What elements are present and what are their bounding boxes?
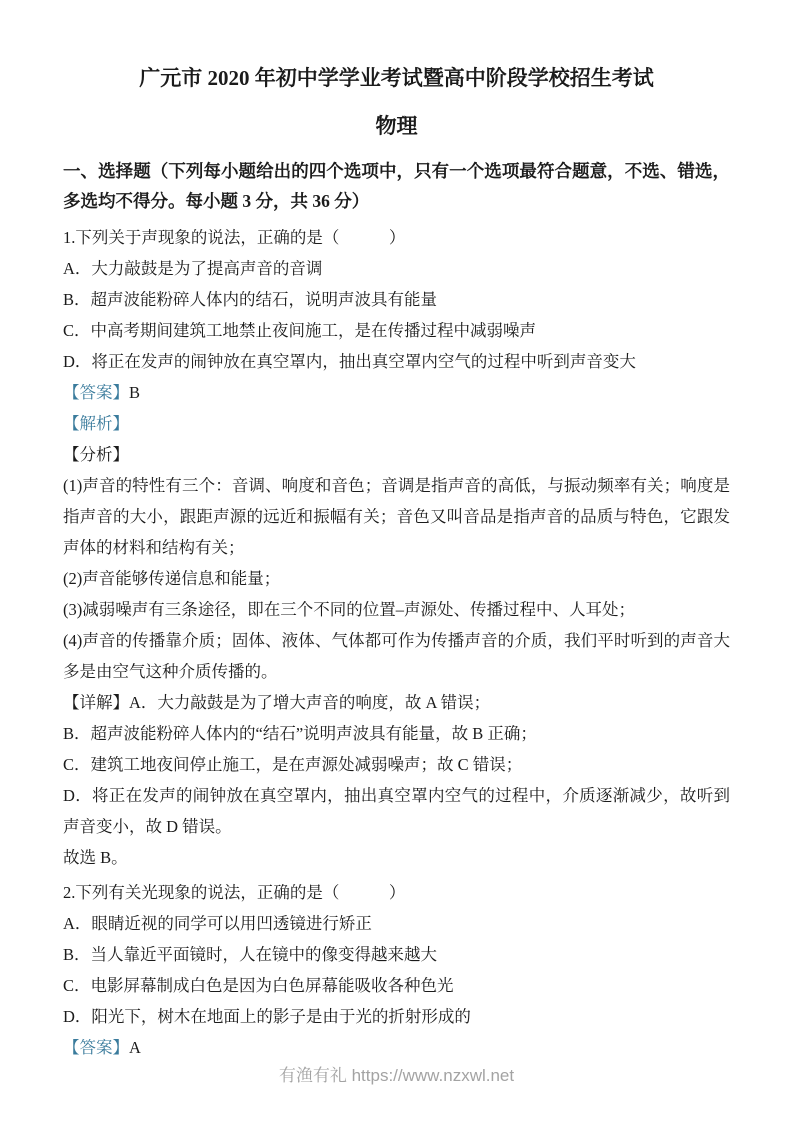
- section-instructions: 一、选择题（下列每小题给出的四个选项中，只有一个选项最符合题意，不选、错选，多选…: [63, 156, 730, 216]
- question-1-option-d: D．将正在发声的闹钟放在真空罩内，抽出真空罩内空气的过程中听到声音变大: [63, 346, 730, 377]
- analysis-paragraph-4: (4)声音的传播靠介质；固体、液体、气体都可作为传播声音的介质，我们平时听到的声…: [63, 625, 730, 687]
- question-2-option-d: D．阳光下，树木在地面上的影子是由于光的折射形成的: [63, 1001, 730, 1032]
- question-1-stem: 1.下列关于声现象的说法，正确的是（ ）: [63, 222, 730, 253]
- explanation-label: 【解析】: [63, 408, 730, 439]
- question-2-stem: 2.下列有关光现象的说法，正确的是（ ）: [63, 877, 730, 908]
- answer-value: A: [129, 1038, 141, 1057]
- exam-title: 广元市 2020 年初中学学业考试暨高中阶段学校招生考试: [63, 64, 730, 92]
- question-1-option-a: A．大力敲鼓是为了提高声音的音调: [63, 253, 730, 284]
- question-1-answer-line: 【答案】B: [63, 377, 730, 408]
- detail-line-c: C．建筑工地夜间停止施工，是在声源处减弱噪声；故 C 错误；: [63, 749, 730, 780]
- question-2-option-c: C．电影屏幕制成白色是因为白色屏幕能吸收各种色光: [63, 970, 730, 1001]
- question-2-answer-line: 【答案】A: [63, 1032, 730, 1063]
- question-2: 2.下列有关光现象的说法，正确的是（ ） A．眼睛近视的同学可以用凹透镜进行矫正…: [63, 877, 730, 1063]
- conclusion-line: 故选 B。: [63, 842, 730, 873]
- footer-watermark: 有渔有礼 https://www.nzxwl.net: [0, 1064, 793, 1088]
- detail-line-b: B．超声波能粉碎人体内的“结石”说明声波具有能量，故 B 正确；: [63, 718, 730, 749]
- question-2-option-b: B．当人靠近平面镜时，人在镜中的像变得越来越大: [63, 939, 730, 970]
- analysis-label: 【分析】: [63, 439, 730, 470]
- detail-line-d: D．将正在发声的闹钟放在真空罩内，抽出真空罩内空气的过程中，介质逐渐减少，故听到…: [63, 780, 730, 842]
- question-1-option-b: B．超声波能粉碎人体内的结石，说明声波具有能量: [63, 284, 730, 315]
- question-1: 1.下列关于声现象的说法，正确的是（ ） A．大力敲鼓是为了提高声音的音调 B．…: [63, 222, 730, 873]
- analysis-paragraph-3: (3)减弱噪声有三条途径，即在三个不同的位置–声源处、传播过程中、人耳处；: [63, 594, 730, 625]
- analysis-paragraph-1: (1)声音的特性有三个：音调、响度和音色；音调是指声音的高低，与振动频率有关；响…: [63, 470, 730, 563]
- question-2-option-a: A．眼睛近视的同学可以用凹透镜进行矫正: [63, 908, 730, 939]
- question-1-option-c: C．中高考期间建筑工地禁止夜间施工，是在传播过程中减弱噪声: [63, 315, 730, 346]
- exam-document-page: 广元市 2020 年初中学学业考试暨高中阶段学校招生考试 物理 一、选择题（下列…: [0, 0, 793, 1122]
- answer-value: B: [129, 383, 140, 402]
- exam-subject: 物理: [63, 112, 730, 140]
- answer-label: 【答案】: [63, 1038, 129, 1057]
- answer-label: 【答案】: [63, 383, 129, 402]
- detail-line-a: 【详解】A．大力敲鼓是为了增大声音的响度，故 A 错误；: [63, 687, 730, 718]
- analysis-paragraph-2: (2)声音能够传递信息和能量；: [63, 563, 730, 594]
